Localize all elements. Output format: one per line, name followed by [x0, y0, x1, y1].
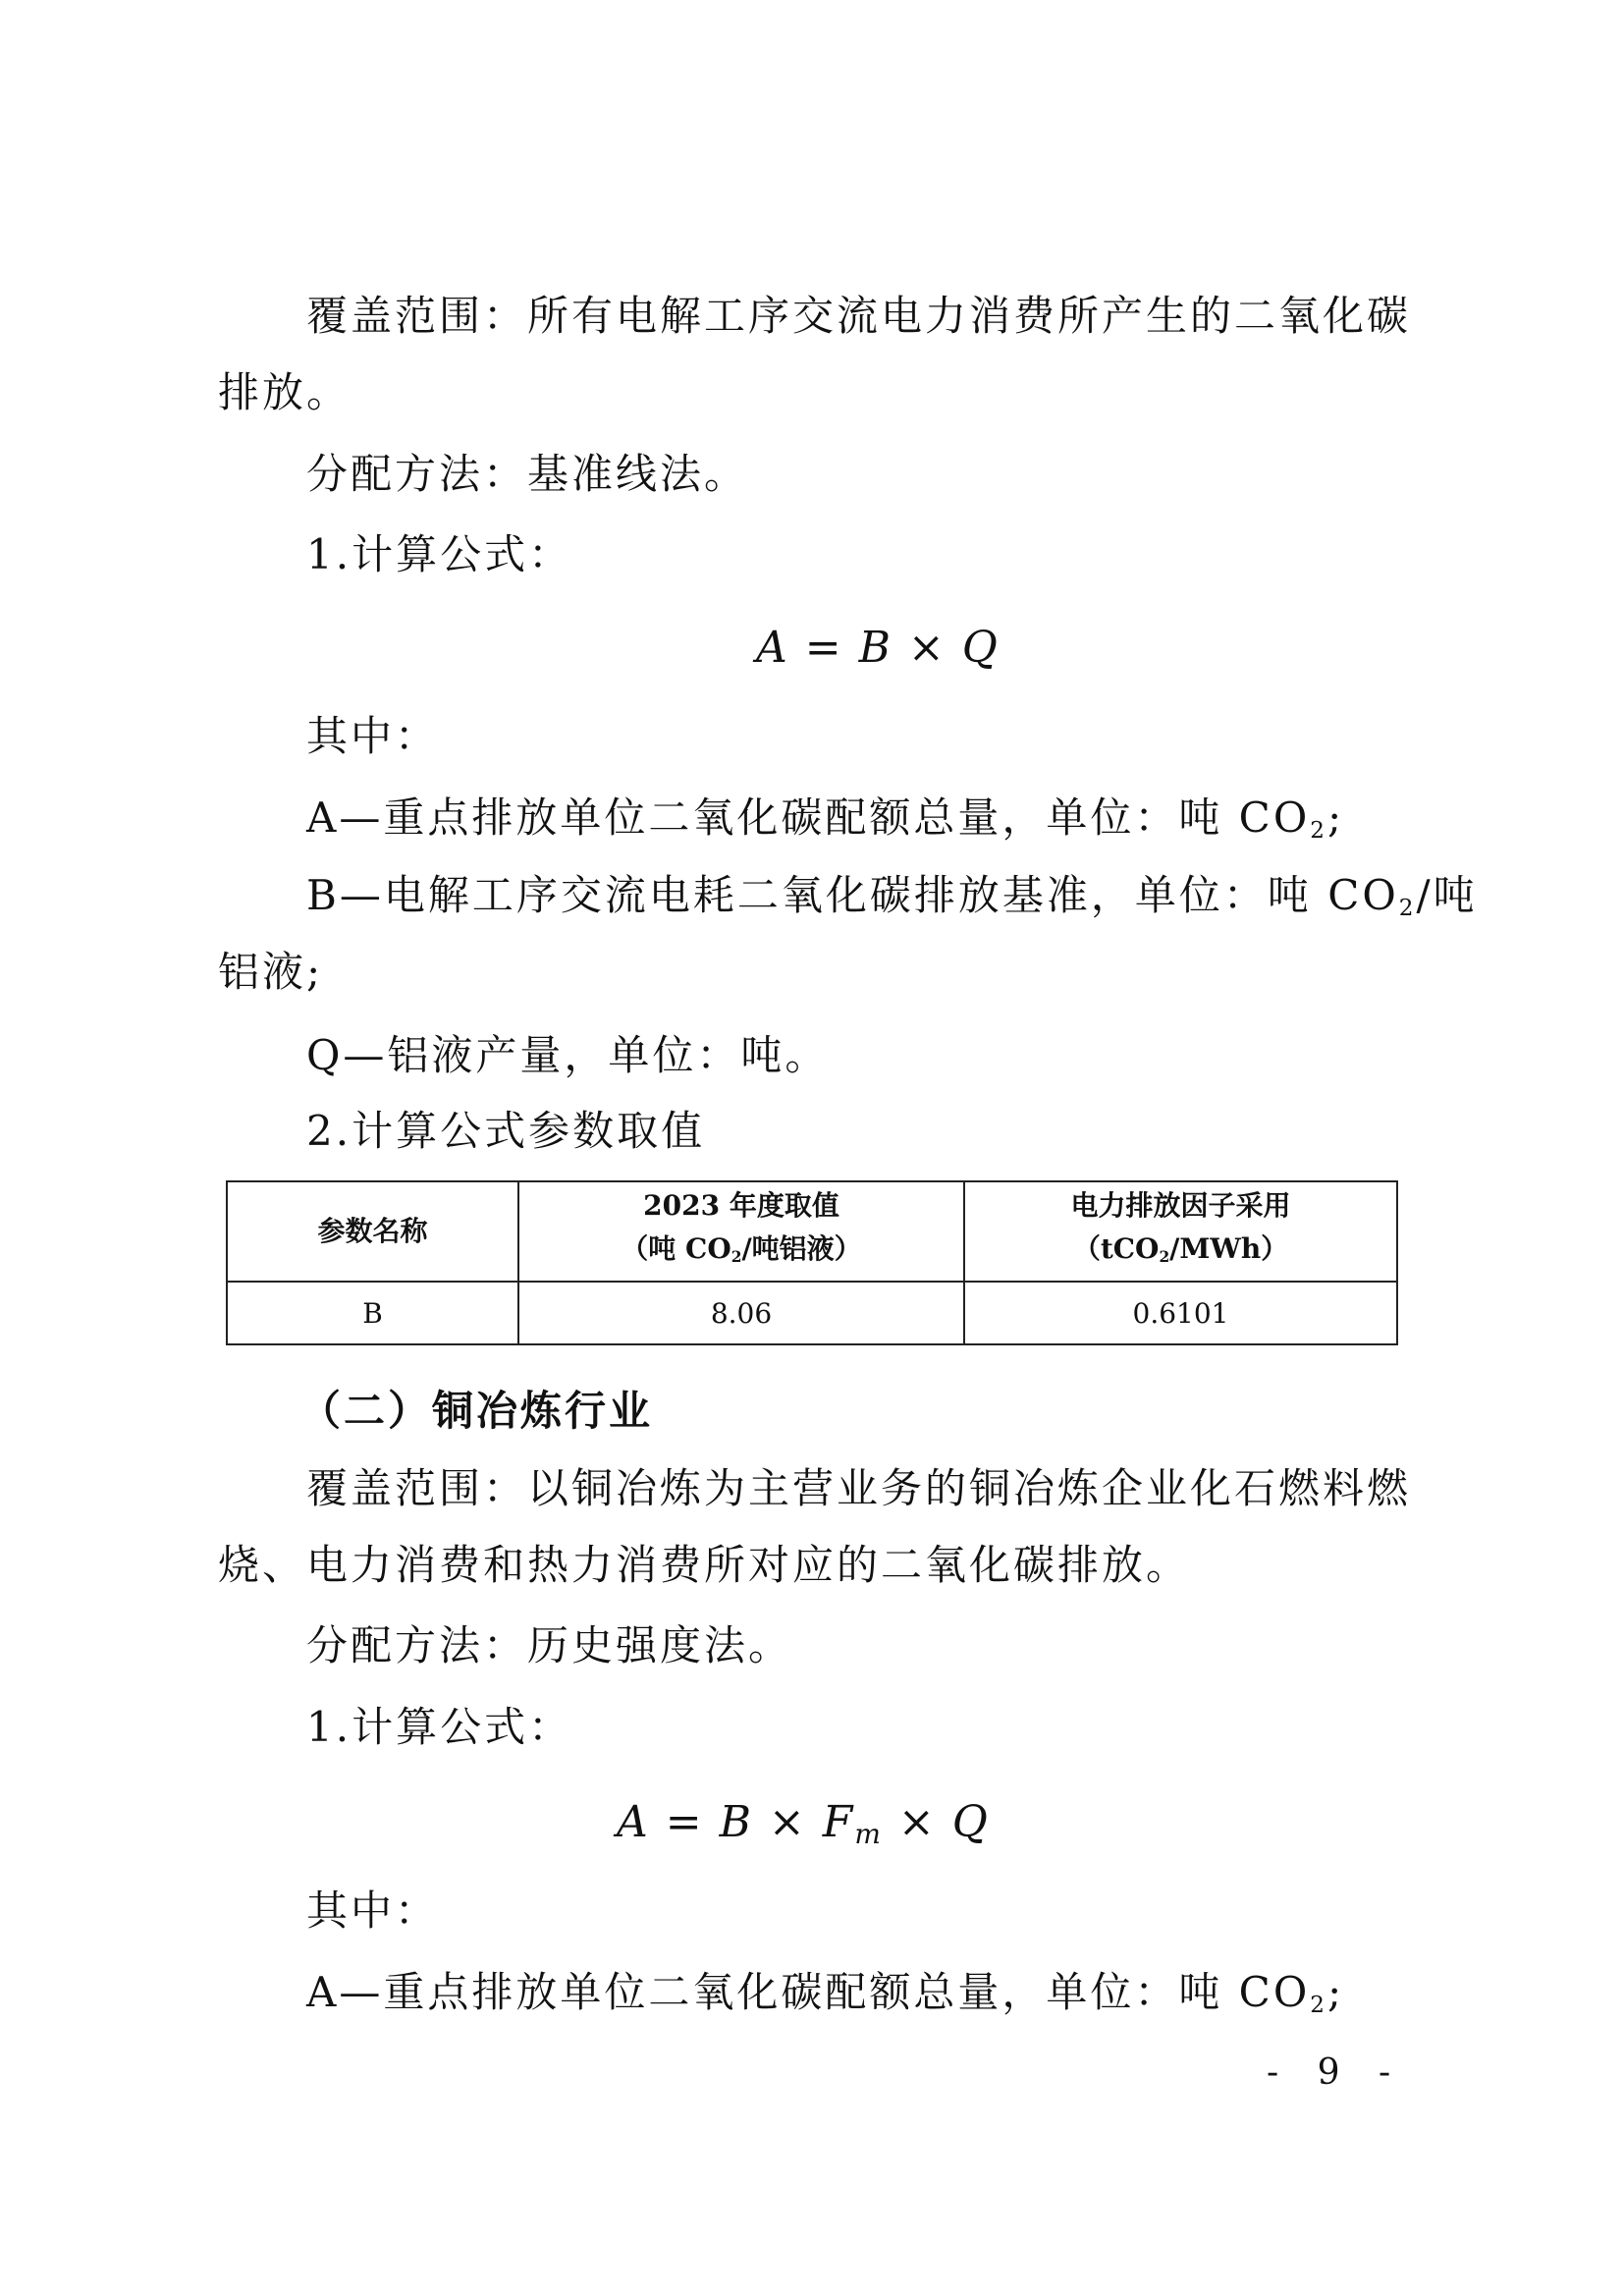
table-row: B 8.06 0.6101 — [227, 1282, 1397, 1344]
formula-title: 1.计算公式： — [306, 527, 572, 582]
copper-where-label: 其中： — [306, 1884, 439, 1939]
definition-q: Q—铝液产量，单位：吨。 — [306, 1028, 829, 1083]
formula-part: A = B × F — [617, 1797, 854, 1847]
unit-text: （吨 CO — [621, 1232, 730, 1265]
formula-equation: A = B × Q — [756, 621, 1000, 676]
section-heading: （二）铜冶炼行业 — [299, 1384, 653, 1439]
header-2023-value: 2023 年度取值 （吨 CO2/吨铝液） — [518, 1181, 964, 1282]
copper-coverage-cont: 烧、电力消费和热力消费所对应的二氧化碳排放。 — [218, 1538, 1190, 1593]
header-text: 电力排放因子采用 — [965, 1184, 1396, 1228]
parameter-table: 参数名称 2023 年度取值 （吨 CO2/吨铝液） 电力排放因子采用 （tCO… — [226, 1180, 1398, 1345]
unit-text: /MWh） — [1169, 1232, 1288, 1265]
cell-param: B — [227, 1282, 518, 1344]
subscript: 2 — [1159, 1248, 1169, 1266]
unit-text: /吨铝液） — [741, 1232, 861, 1265]
formula-part: × Q — [883, 1797, 990, 1847]
header-text: 参数名称 — [317, 1215, 427, 1247]
header-param-name: 参数名称 — [227, 1181, 518, 1282]
coverage-paragraph: 覆盖范围：所有电解工序交流电力消费所产生的二氧化碳 — [306, 289, 1411, 344]
definition-a-end: ; — [1327, 1968, 1344, 2016]
cell-factor: 0.6101 — [964, 1282, 1397, 1344]
parameter-title: 2.计算公式参数取值 — [306, 1104, 705, 1159]
page-number: - 9 - — [1267, 2052, 1404, 2093]
subscript: 2 — [1310, 1993, 1327, 2018]
definition-b: B—电解工序交流电耗二氧化碳排放基准，单位：吨 CO2/吨 — [306, 868, 1478, 936]
copper-formula-title: 1.计算公式： — [306, 1700, 572, 1755]
definition-b-text: B—电解工序交流电耗二氧化碳排放基准，单位：吨 CO — [306, 871, 1399, 919]
coverage-paragraph-cont: 排放。 — [218, 365, 351, 420]
definition-a-text: A—重点排放单位二氧化碳配额总量，单位：吨 CO — [306, 793, 1310, 842]
cell-value: 8.06 — [518, 1282, 964, 1344]
copper-formula-equation: A = B × Fm × Q — [617, 1795, 990, 1862]
definition-a: A—重点排放单位二氧化碳配额总量，单位：吨 CO2; — [306, 791, 1344, 858]
table-header-row: 参数名称 2023 年度取值 （吨 CO2/吨铝液） 电力排放因子采用 （tCO… — [227, 1181, 1397, 1282]
definition-a-end: ; — [1327, 793, 1344, 842]
copper-definition-a: A—重点排放单位二氧化碳配额总量，单位：吨 CO2; — [306, 1965, 1344, 2033]
definition-b-cont: 铝液; — [218, 945, 323, 1000]
definition-a-text: A—重点排放单位二氧化碳配额总量，单位：吨 CO — [306, 1968, 1310, 2016]
allocation-method: 分配方法：基准线法。 — [306, 447, 748, 502]
unit-text: （tCO — [1073, 1232, 1160, 1265]
header-emission-factor: 电力排放因子采用 （tCO2/MWh） — [964, 1181, 1397, 1282]
copper-coverage: 覆盖范围：以铜冶炼为主营业务的铜冶炼企业化石燃料燃 — [306, 1461, 1411, 1516]
header-text: 2023 年度取值 — [519, 1184, 963, 1228]
header-unit: （吨 CO2/吨铝液） — [519, 1228, 963, 1279]
where-label: 其中： — [306, 709, 439, 764]
subscript: 2 — [731, 1248, 742, 1266]
subscript: 2 — [1310, 818, 1327, 844]
formula-subscript: m — [854, 1818, 883, 1850]
copper-method: 分配方法：历史强度法。 — [306, 1618, 792, 1673]
subscript: 2 — [1399, 896, 1417, 921]
header-unit: （tCO2/MWh） — [965, 1228, 1396, 1279]
definition-b-end: /吨 — [1417, 871, 1478, 919]
